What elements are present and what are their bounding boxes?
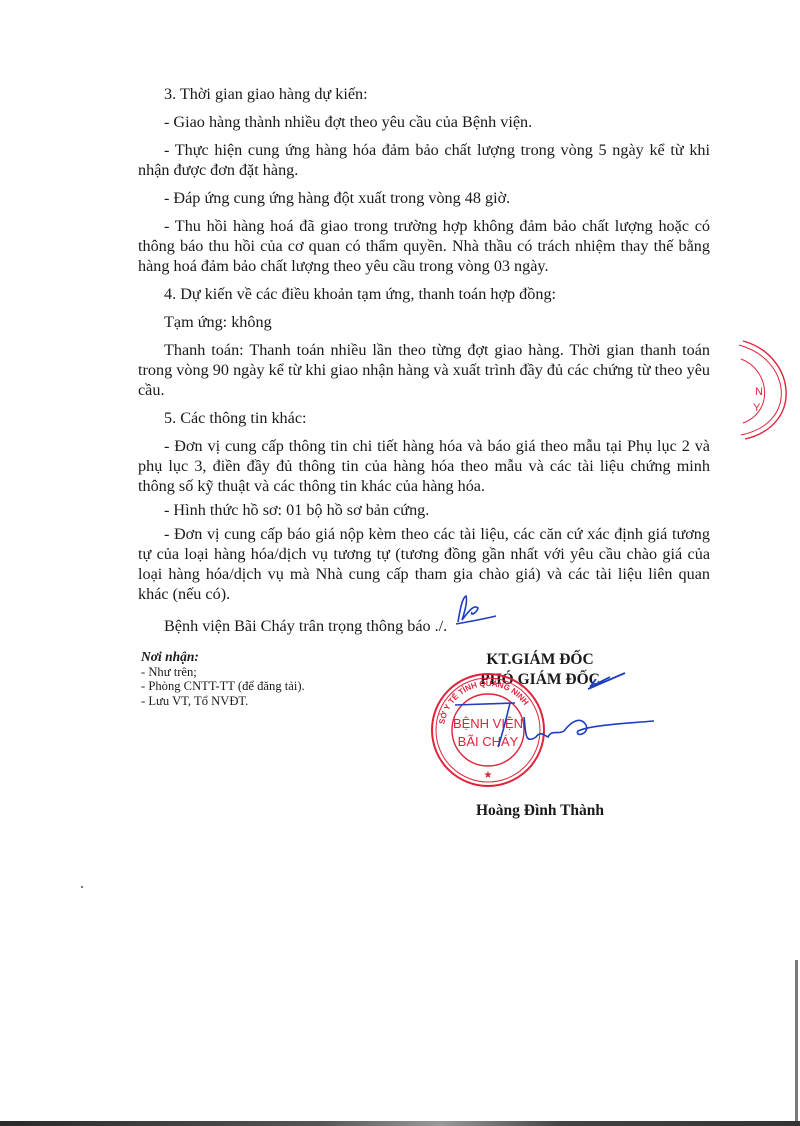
document-body: 3. Thời gian giao hàng dự kiến: - Giao h… bbox=[138, 84, 710, 636]
section-4-heading: 4. Dự kiến về các điều khoản tạm ứng, th… bbox=[138, 284, 710, 304]
section-5-heading: 5. Các thông tin khác: bbox=[138, 408, 710, 428]
director-signature-icon bbox=[440, 665, 660, 775]
paragraph: - Thu hồi hàng hoá đã giao trong trường … bbox=[138, 216, 710, 276]
scan-edge-right bbox=[795, 960, 798, 1126]
svg-text:N: N bbox=[755, 386, 763, 398]
recipient-item: - Phòng CNTT-TT (để đăng tải). bbox=[141, 679, 305, 694]
closing-text: Bệnh viện Bãi Cháy trân trọng thông báo … bbox=[164, 617, 447, 635]
paragraph: Tạm ứng: không bbox=[138, 312, 710, 332]
paragraph: - Thực hiện cung ứng hàng hóa đảm bảo ch… bbox=[138, 140, 710, 180]
scan-edge-bottom bbox=[0, 1121, 800, 1126]
paragraph: - Đơn vị cung cấp báo giá nộp kèm theo c… bbox=[138, 524, 710, 604]
recipients-title: Nơi nhận: bbox=[141, 650, 305, 665]
paragraph: - Đáp ứng cung ứng hàng đột xuất trong v… bbox=[138, 188, 710, 208]
paragraph: - Đơn vị cung cấp thông tin chi tiết hàn… bbox=[138, 436, 710, 496]
partial-stamp-icon: N Y bbox=[735, 335, 800, 445]
scan-speck bbox=[81, 886, 83, 888]
document-page: 3. Thời gian giao hàng dự kiến: - Giao h… bbox=[0, 0, 800, 1126]
paragraph: - Giao hàng thành nhiều đợt theo yêu cầu… bbox=[138, 112, 710, 132]
signer-name: Hoàng Đình Thành bbox=[440, 802, 640, 820]
recipients-block: Nơi nhận: - Như trên; - Phòng CNTT-TT (đ… bbox=[141, 650, 305, 708]
closing-line: Bệnh viện Bãi Cháy trân trọng thông báo … bbox=[138, 616, 710, 636]
recipient-item: - Như trên; bbox=[141, 665, 305, 680]
initial-signature-icon bbox=[450, 590, 500, 630]
section-3-heading: 3. Thời gian giao hàng dự kiến: bbox=[138, 84, 710, 104]
svg-text:Y: Y bbox=[753, 402, 761, 414]
paragraph: - Hình thức hồ sơ: 01 bộ hồ sơ bản cứng. bbox=[138, 500, 710, 520]
paragraph: Thanh toán: Thanh toán nhiều lần theo từ… bbox=[138, 340, 710, 400]
recipient-item: - Lưu VT, Tổ NVĐT. bbox=[141, 694, 305, 709]
